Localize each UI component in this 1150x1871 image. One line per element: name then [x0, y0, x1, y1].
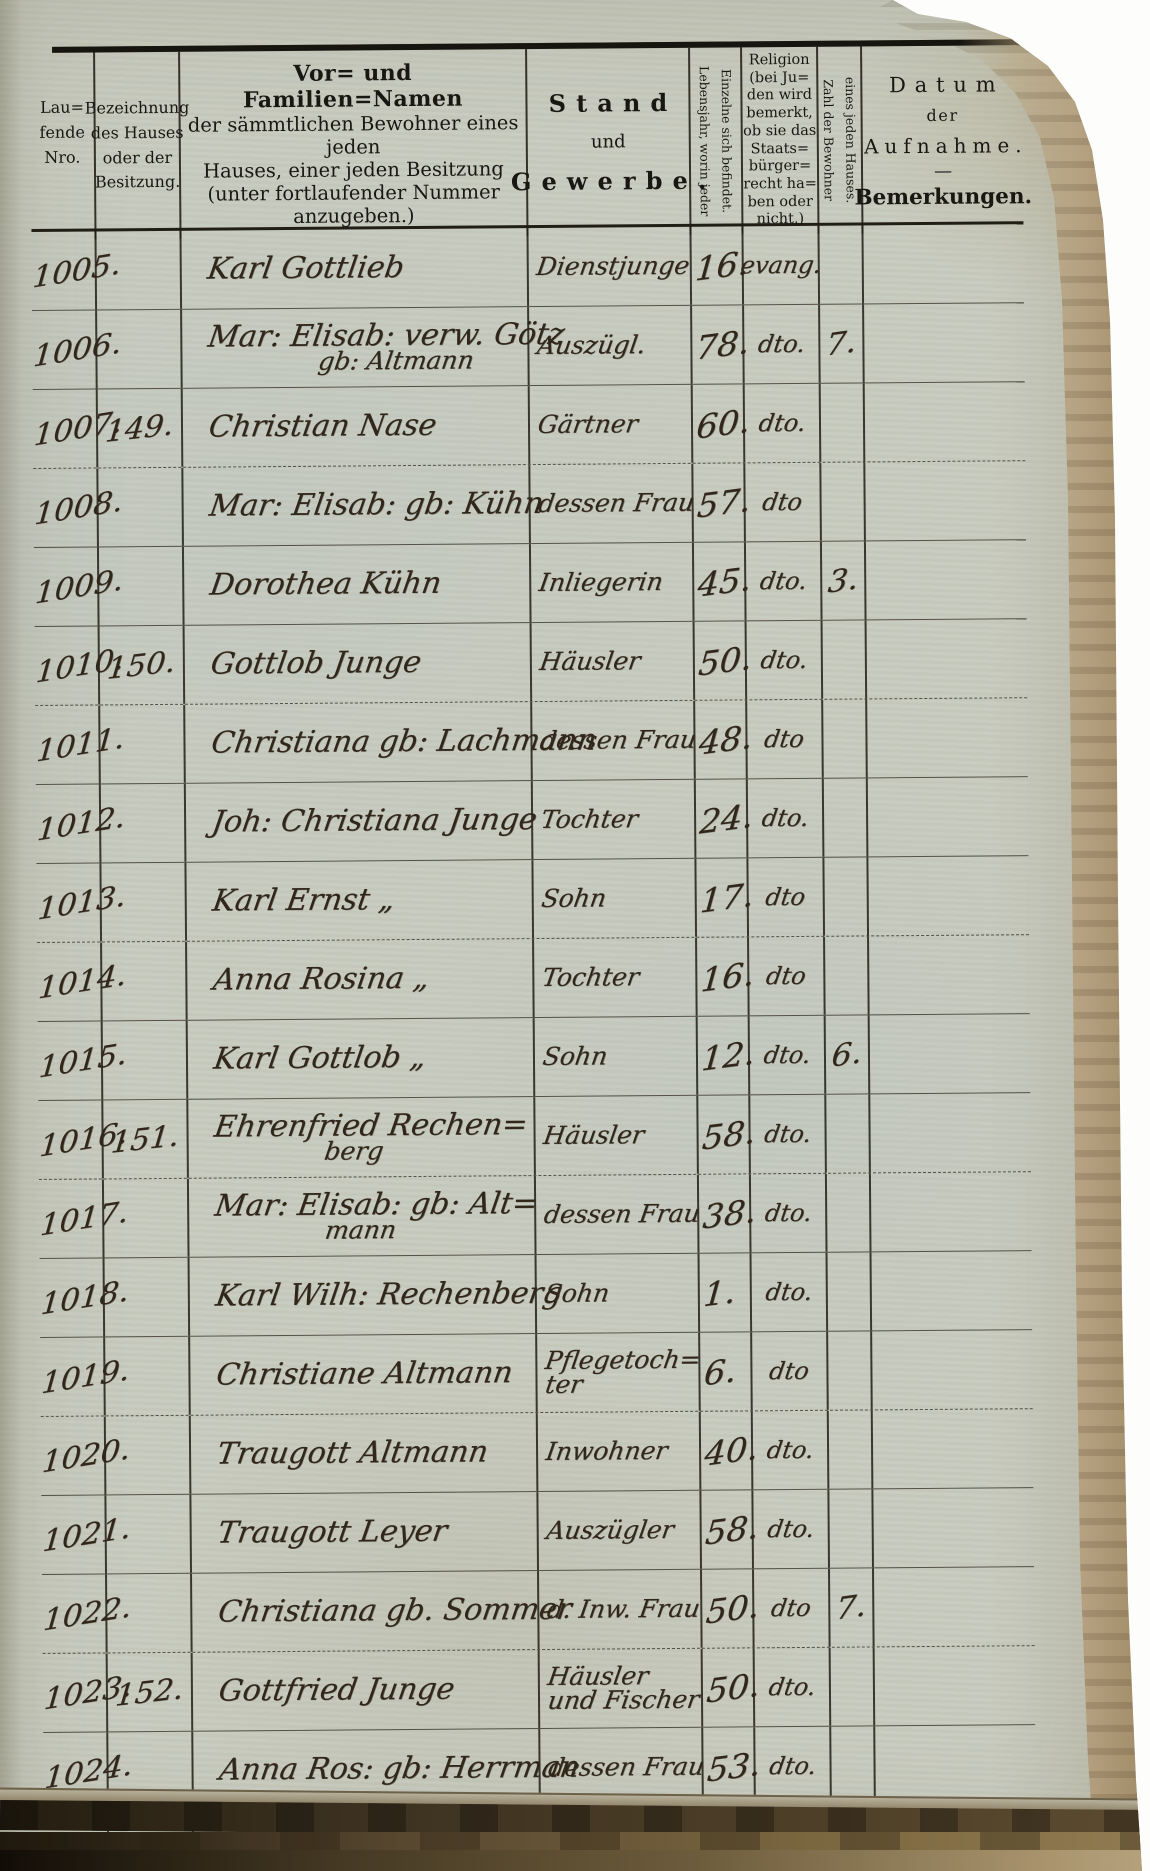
cell-name: Gottlob Junge: [185, 623, 533, 704]
handwritten-line: Karl Ernst „: [211, 885, 534, 915]
cell-bemerkungen: [875, 1646, 1036, 1725]
religion-value: evang.: [738, 251, 823, 280]
religion-value: dto.: [757, 409, 808, 437]
religion-value: dto.: [760, 804, 811, 832]
register-row: 1021. Traugott Leyer Auszügler 58. dto.: [41, 1488, 1034, 1575]
alter-value: 78.: [690, 322, 751, 368]
alter-value: 45.: [692, 559, 753, 605]
header-namen-title: Vor= und Familien=Namen: [182, 59, 523, 114]
cell-name: Mar: Elisab: verw. Götzgb: Altmann: [182, 307, 530, 388]
cell-zahl-bewohner: [828, 1331, 873, 1409]
cell-bemerkungen: [867, 619, 1028, 698]
cell-hausnummer: 152.: [108, 1653, 194, 1732]
religion-value: dto.: [756, 330, 807, 358]
cell-laufende-nro: 1010.: [35, 626, 101, 705]
religion-value: dto: [763, 725, 807, 753]
alter-value: 50.: [693, 638, 754, 684]
cell-laufende-nro: 1006.: [32, 310, 98, 389]
handwritten-line: Anna Ros: gb: Herrman: [217, 1754, 540, 1784]
alter-value: 1.: [698, 1271, 737, 1314]
handwritten-line: Gottlob Junge: [209, 648, 532, 678]
zahl-value: 7.: [835, 1588, 868, 1628]
handwritten-line: Anna Rosina „: [211, 964, 534, 994]
cell-stand-gewerbe: Sohn: [533, 859, 697, 938]
bemerkung-value: [864, 263, 1024, 264]
cell-laufende-nro: 1007.: [33, 389, 99, 468]
register-row: 1014. Anna Rosina „ Tochter 16. dto: [37, 935, 1030, 1022]
handwritten-line: Gärtner: [536, 412, 693, 437]
handwritten-line: Karl Wilh: Rechenberg: [214, 1280, 537, 1310]
handwritten-line: Tochter: [541, 965, 698, 990]
cell-bemerkungen: [867, 698, 1028, 777]
handwritten-line: Häusler: [538, 649, 695, 674]
census-table: Lau= fende Nro. Bezeichnung des Hauses o…: [30, 36, 1036, 1840]
cell-zahl-bewohner: [824, 778, 869, 856]
header-bemerkungen: Bemerkungen.: [854, 184, 1032, 210]
handwritten-line: dessen Frau: [539, 728, 696, 753]
alter-value: 12.: [696, 1033, 757, 1079]
cell-stand-gewerbe: Auszügler: [538, 1491, 702, 1570]
handwritten-line: Sohn: [540, 886, 697, 911]
handwritten-line: dessen Frau: [537, 491, 694, 516]
handwritten-line: Dorothea Kühn: [208, 569, 531, 599]
header-label: Religion (bei Ju= den wird bemerkt, ob s…: [742, 52, 817, 229]
cell-stand-gewerbe: Tochter: [533, 780, 697, 859]
cell-stand-gewerbe: dessen Frau: [536, 1175, 700, 1254]
cell-religion: dto.: [753, 1490, 830, 1569]
cell-lebensjahr: 16.: [691, 226, 744, 304]
bemerkung-value: [872, 1290, 1032, 1291]
cell-bemerkungen: [865, 382, 1026, 461]
alter-value: 48.: [693, 717, 754, 763]
cell-stand-gewerbe: Sohn: [535, 1017, 699, 1096]
handwritten-line: Inwohner: [544, 1439, 701, 1464]
cell-laufende-nro: 1011.: [35, 705, 101, 784]
cell-bemerkungen: [870, 1093, 1031, 1172]
cell-zahl-bewohner: [825, 936, 870, 1014]
cell-laufende-nro: 1014.: [37, 942, 103, 1021]
religion-value: dto: [769, 1594, 813, 1622]
alter-value: 57.: [692, 480, 753, 526]
header-lebensjahr: Lebensjahr, worin jeder Einzelne sich be…: [690, 47, 743, 234]
cell-religion: evang.: [743, 226, 820, 305]
cell-zahl-bewohner: [821, 462, 866, 540]
handwritten-line: Häusler: [542, 1123, 699, 1148]
cell-religion: dto.: [753, 1411, 830, 1490]
cell-lebensjahr: 48.: [695, 700, 748, 778]
cell-stand-gewerbe: Inwohner: [538, 1412, 702, 1491]
cell-lebensjahr: 40.: [701, 1411, 754, 1489]
handwritten-line: Traugott Altmann: [215, 1438, 538, 1468]
cell-name: Karl Gottlob „: [188, 1018, 536, 1099]
handwritten-line: Auszügl.: [536, 333, 693, 358]
cell-bemerkungen: [870, 1014, 1031, 1093]
cell-zahl-bewohner: [827, 1173, 872, 1251]
cell-stand-gewerbe: Pflegetoch=ter: [537, 1333, 701, 1412]
alter-value: 17.: [695, 875, 756, 921]
handwritten-line: Christian Nase: [207, 411, 530, 441]
cell-bemerkungen: [872, 1251, 1033, 1330]
religion-value: dto.: [758, 646, 809, 674]
header-label: Bezeichnung des Hauses oder der Besitzun…: [85, 96, 190, 196]
cell-religion: dto.: [747, 621, 824, 700]
cell-name: Karl Ernst „: [186, 860, 534, 941]
cell-zahl-bewohner: [829, 1489, 874, 1567]
cell-zahl-bewohner: 7.: [830, 1568, 875, 1646]
alter-value: 58.: [697, 1112, 758, 1158]
handwritten-line: gb: Altmann: [207, 348, 529, 374]
cell-religion: dto.: [750, 1095, 827, 1174]
handwritten-line: Sohn: [541, 1044, 698, 1069]
alter-value: 16.: [695, 954, 756, 1000]
cell-name: Dorothea Kühn: [184, 544, 532, 625]
zahl-value: 3.: [827, 561, 860, 601]
religion-value: dto: [761, 488, 805, 516]
cell-religion: dto.: [755, 1648, 832, 1727]
cell-lebensjahr: 1.: [700, 1253, 753, 1331]
cell-name: Gottfried Junge: [193, 1650, 541, 1731]
zahl-value: 6.: [830, 1035, 863, 1075]
handwritten-line: Mar: Elisab: gb: Kühn: [208, 490, 531, 520]
handwritten-line: dessen Frau: [542, 1202, 699, 1227]
cell-stand-gewerbe: Gärtner: [530, 385, 694, 464]
handwritten-line: Gottfried Junge: [217, 1675, 540, 1705]
bemerkung-value: [874, 1606, 1034, 1607]
register-row: 1023. 152. Gottfried Junge Häuslerund Fi…: [43, 1646, 1036, 1733]
cell-laufende-nro: 1005.: [31, 231, 97, 310]
cell-lebensjahr: 57.: [693, 463, 746, 541]
bemerkung-value: [866, 579, 1026, 580]
cell-lebensjahr: 16.: [697, 937, 750, 1015]
cell-religion: dto.: [755, 1727, 832, 1806]
cell-bemerkungen: [866, 540, 1027, 619]
cell-bemerkungen: [872, 1330, 1033, 1409]
cell-bemerkungen: [871, 1172, 1032, 1251]
bemerkung-value: [868, 816, 1028, 817]
alter-value: 38.: [697, 1191, 758, 1237]
bemerkung-value: [871, 1211, 1031, 1212]
cell-bemerkungen: [864, 303, 1025, 382]
alter-value: 53.: [701, 1744, 762, 1790]
cell-bemerkungen: [863, 224, 1024, 303]
cell-name: Christiana gb: Lachmann: [185, 702, 533, 783]
cell-hausnummer: 149.: [98, 389, 184, 468]
cell-religion: dto: [745, 463, 822, 542]
cell-lebensjahr: 78.: [692, 305, 745, 383]
handwritten-line: dessen Frau: [547, 1755, 704, 1780]
cell-stand-gewerbe: dessen Frau: [532, 701, 696, 780]
cell-name: Traugott Altmann: [191, 1413, 539, 1494]
handwritten-line: ter: [544, 1372, 701, 1397]
cell-religion: dto.: [746, 542, 823, 621]
cell-zahl-bewohner: [819, 225, 864, 303]
cell-zahl-bewohner: [823, 699, 868, 777]
bemerkung-value: [864, 342, 1024, 343]
bemerkung-value: [867, 658, 1027, 659]
cell-religion: dto: [748, 858, 825, 937]
bemerkung-value: [870, 1053, 1030, 1054]
handwritten-line: d. Inw. Frau: [546, 1597, 703, 1622]
cell-bemerkungen: [869, 935, 1030, 1014]
cell-lebensjahr: 17.: [696, 858, 749, 936]
alter-value: 58.: [700, 1507, 761, 1553]
religion-value: dto: [765, 962, 809, 990]
bemerkung-value: [867, 737, 1027, 738]
cell-religion: dto.: [752, 1253, 829, 1332]
cell-zahl-bewohner: 6.: [826, 1015, 871, 1093]
cell-religion: dto: [749, 937, 826, 1016]
cell-name: Karl Gottlieb: [181, 228, 529, 309]
bemerkung-value: [872, 1369, 1032, 1370]
handwritten-line: Sohn: [543, 1281, 700, 1306]
header-namen-sub3: (unter fortlaufender Nummer anzugeben.): [183, 180, 524, 229]
cell-zahl-bewohner: [829, 1410, 874, 1488]
cell-religion: dto: [747, 700, 824, 779]
cell-laufende-nro: 1017.: [39, 1179, 105, 1258]
cell-name: Anna Rosina „: [187, 939, 535, 1020]
religion-value: dto.: [763, 1278, 814, 1306]
handwritten-line: Auszügler: [545, 1518, 702, 1543]
alter-value: 24.: [694, 796, 755, 842]
header-bezeichnung-haus: Bezeichnung des Hauses oder der Besitzun…: [95, 52, 181, 240]
cell-laufende-nro: 1016.: [38, 1100, 104, 1179]
cell-lebensjahr: 50.: [702, 1569, 755, 1647]
handwritten-line: und Fischer: [546, 1688, 703, 1713]
table-header-row: Lau= fende Nro. Bezeichnung des Hauses o…: [30, 45, 1023, 232]
religion-value: dto.: [765, 1436, 816, 1464]
religion-value: dto.: [766, 1673, 817, 1701]
table-rows: 1005. Karl Gottlieb Dienstjunge 16. evan…: [31, 224, 1035, 1812]
register-row: 1017. Mar: Elisab: gb: Alt=mann dessen F…: [39, 1172, 1032, 1259]
cell-religion: dto.: [745, 384, 822, 463]
cell-laufende-nro: 1015.: [38, 1021, 104, 1100]
cell-stand-gewerbe: Häusler: [532, 622, 696, 701]
handwritten-line: Dienstjunge: [535, 254, 692, 279]
cell-stand-gewerbe: Häusler: [535, 1096, 699, 1175]
register-row: 1015. Karl Gottlob „ Sohn 12. dto. 6.: [38, 1014, 1031, 1101]
handwritten-line: Karl Gottlieb: [206, 253, 529, 283]
cell-laufende-nro: 1022.: [42, 1574, 108, 1653]
cell-religion: dto: [752, 1332, 829, 1411]
handwritten-line: Joh: Christiana Junge: [210, 806, 533, 836]
cell-name: Traugott Leyer: [191, 1492, 539, 1573]
header-stand-gewerbe: Stand und Gewerbe.: [527, 48, 691, 236]
cell-laufende-nro: 1018.: [40, 1258, 106, 1337]
paper-sheet: Lau= fende Nro. Bezeichnung des Hauses o…: [0, 0, 1150, 1871]
header-zahl-line1: Zahl der Bewohner: [821, 54, 837, 226]
cell-bemerkungen: [875, 1725, 1036, 1804]
alter-value: 50.: [700, 1586, 761, 1632]
handwritten-line: Traugott Leyer: [216, 1517, 539, 1547]
bemerkung-value: [871, 1132, 1031, 1133]
cell-name: Christiane Altmann: [190, 1334, 538, 1415]
cell-bemerkungen: [868, 856, 1029, 935]
bemerkung-value: [873, 1448, 1033, 1449]
header-der: der: [926, 106, 958, 125]
register-row: 1020. Traugott Altmann Inwohner 40. dto.: [41, 1409, 1034, 1496]
alter-value: 40.: [699, 1428, 760, 1474]
cell-name: Christiana gb. Sommer: [192, 1571, 540, 1652]
register-row: 1007. 149. Christian Nase Gärtner 60. dt…: [33, 382, 1026, 469]
bemerkung-value: [876, 1764, 1036, 1765]
header-lebensjahr-line1: Lebensjahr, worin jeder: [697, 55, 713, 227]
cell-laufende-nro: 1009.: [34, 547, 100, 626]
cell-lebensjahr: 24.: [696, 779, 749, 857]
header-stand: Stand: [539, 88, 678, 118]
cell-laufende-nro: 1023.: [43, 1653, 109, 1732]
cell-stand-gewerbe: Inliegerin: [531, 543, 695, 622]
cell-religion: dto.: [748, 779, 825, 858]
handwritten-line: Christiana gb. Sommer: [216, 1596, 539, 1626]
handwritten-line: Tochter: [539, 807, 696, 832]
cell-laufende-nro: 1020.: [41, 1416, 107, 1495]
header-datum: Datum: [880, 72, 1004, 97]
cell-bemerkungen: [874, 1567, 1035, 1646]
cell-name: Mar: Elisab: gb: Alt=mann: [189, 1176, 537, 1257]
header-label: Lau= fende Nro.: [39, 96, 85, 197]
cell-name: Ehrenfried Rechen=berg: [188, 1097, 536, 1178]
bemerkung-value: [875, 1685, 1035, 1686]
cell-lebensjahr: 50.: [695, 621, 748, 699]
cell-laufende-nro: 1021.: [41, 1495, 107, 1574]
header-gewerbe: Gewerbe.: [501, 166, 717, 197]
cell-stand-gewerbe: d. Inw. Frau: [539, 1570, 703, 1649]
cell-zahl-bewohner: [823, 620, 868, 698]
cell-zahl-bewohner: 3.: [822, 541, 867, 619]
handwritten-line: Christiana gb: Lachmann: [209, 727, 532, 757]
cell-zahl-bewohner: [831, 1647, 876, 1725]
register-row: 1010. 150. Gottlob Junge Häusler 50. dto…: [35, 619, 1028, 706]
register-row: 1009. Dorothea Kühn Inliegerin 45. dto. …: [34, 540, 1027, 627]
cell-laufende-nro: 1013.: [36, 863, 102, 942]
cell-laufende-nro: 1019.: [40, 1337, 106, 1416]
bemerkung-value: [869, 974, 1029, 975]
register-row: 1011. Christiana gb: Lachmann dessen Fra…: [35, 698, 1028, 785]
alter-value: 6.: [699, 1350, 738, 1393]
handwritten-line: mann: [214, 1217, 536, 1243]
cell-religion: dto.: [751, 1174, 828, 1253]
page-stack-bottom: [0, 1850, 1150, 1871]
cell-religion: dto.: [744, 305, 821, 384]
register-row: 1022. Christiana gb. Sommer d. Inw. Frau…: [42, 1567, 1035, 1654]
cell-zahl-bewohner: 7.: [820, 304, 865, 382]
bemerkung-value: [866, 500, 1026, 501]
religion-value: dto: [764, 883, 808, 911]
register-row: 1008. Mar: Elisab: gb: Kühn dessen Frau …: [33, 461, 1026, 548]
cell-lebensjahr: 58.: [701, 1490, 754, 1568]
header-und: und: [591, 131, 626, 152]
cell-zahl-bewohner: [828, 1252, 873, 1330]
header-namen-sub1: der sämmtlichen Bewohner eines jeden: [183, 111, 524, 160]
cell-name: Karl Wilh: Rechenberg: [190, 1255, 538, 1336]
cell-laufende-nro: 1008.: [33, 468, 99, 547]
alter-value: 50.: [701, 1665, 762, 1711]
cell-zahl-bewohner: [831, 1726, 876, 1804]
religion-value: dto.: [765, 1515, 816, 1543]
register-row: 1006. Mar: Elisab: verw. Götzgb: Altmann…: [32, 303, 1025, 390]
register-row: 1013. Karl Ernst „ Sohn 17. dto: [36, 856, 1029, 943]
register-row: 1019. Christiane Altmann Pflegetoch=ter …: [40, 1330, 1033, 1417]
cell-religion: dto: [754, 1569, 831, 1648]
bemerkung-value: [865, 421, 1025, 422]
religion-value: dto.: [763, 1199, 814, 1227]
cell-bemerkungen: [868, 777, 1029, 856]
cell-stand-gewerbe: Sohn: [537, 1254, 701, 1333]
header-namen-sub2: Hauses, einer jeden Besitzung: [203, 157, 504, 182]
cell-hausnummer: 151.: [103, 1100, 189, 1179]
header-aufnahme: Aufnahme.: [858, 133, 1028, 158]
cell-stand-gewerbe: Dienstjunge: [528, 227, 692, 306]
cell-laufende-nro: 1012.: [36, 784, 102, 863]
cell-lebensjahr: 50.: [703, 1648, 756, 1726]
bemerkung-value: [869, 895, 1029, 896]
religion-value: dto.: [758, 567, 809, 595]
handwritten-line: Christiane Altmann: [214, 1359, 537, 1389]
religion-value: dto: [768, 1357, 812, 1385]
cell-bemerkungen: [873, 1409, 1034, 1488]
cell-stand-gewerbe: Tochter: [534, 938, 698, 1017]
header-lebensjahr-line2: Einzelne sich befindet.: [719, 54, 735, 226]
cell-bemerkungen: [865, 461, 1026, 540]
header-namen: Vor= und Familien=Namen der sämmtlichen …: [180, 49, 528, 239]
handwritten-line: Karl Gottlob „: [212, 1043, 535, 1073]
cell-bemerkungen: [873, 1488, 1034, 1567]
cell-name: Joh: Christiana Junge: [186, 781, 534, 862]
cell-lebensjahr: 60.: [693, 384, 746, 462]
register-row: 1012. Joh: Christiana Junge Tochter 24. …: [36, 777, 1029, 864]
cell-stand-gewerbe: Häuslerund Fischer: [540, 1649, 704, 1728]
handwritten-line: Inliegerin: [537, 570, 694, 595]
cell-zahl-bewohner: [821, 383, 866, 461]
alter-value: 60.: [691, 401, 752, 447]
cell-lebensjahr: 38.: [699, 1174, 752, 1252]
zahl-value: 7.: [825, 324, 858, 364]
religion-value: dto.: [762, 1120, 813, 1148]
cell-lebensjahr: 58.: [698, 1095, 751, 1173]
cell-zahl-bewohner: [824, 857, 869, 935]
header-dash: —: [934, 167, 952, 176]
cell-religion: dto.: [750, 1016, 827, 1095]
cell-name: Mar: Elisab: gb: Kühn: [183, 465, 531, 546]
religion-value: dto.: [762, 1041, 813, 1069]
cell-name: Christian Nase: [183, 386, 531, 467]
bemerkung-value: [874, 1527, 1034, 1528]
scanned-register-page: Lau= fende Nro. Bezeichnung des Hauses o…: [0, 0, 1150, 1871]
cell-lebensjahr: 6.: [700, 1332, 753, 1410]
cell-lebensjahr: 45.: [694, 542, 747, 620]
register-row: 1018. Karl Wilh: Rechenberg Sohn 1. dto.: [40, 1251, 1033, 1338]
cell-stand-gewerbe: dessen Frau: [530, 464, 694, 543]
religion-value: dto.: [767, 1752, 818, 1780]
cell-lebensjahr: 12.: [698, 1016, 751, 1094]
cell-hausnummer: 150.: [100, 626, 186, 705]
handwritten-line: berg: [213, 1138, 535, 1164]
header-religion: Religion (bei Ju= den wird bemerkt, ob s…: [742, 47, 819, 235]
register-row: 1016. 151. Ehrenfried Rechen=berg Häusle…: [38, 1093, 1031, 1180]
cell-zahl-bewohner: [826, 1094, 871, 1172]
